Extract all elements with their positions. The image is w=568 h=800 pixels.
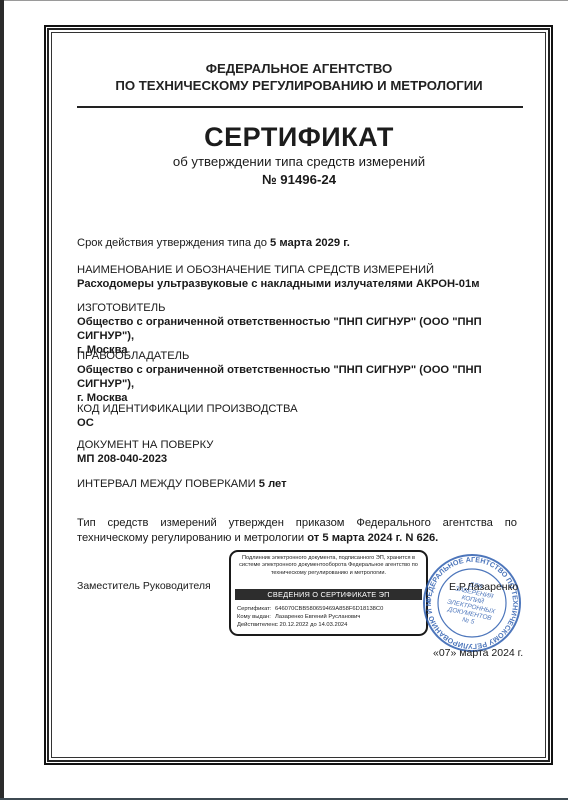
signer-name: Е.Р.Лазаренко [449,580,518,594]
agency-name-line2: ПО ТЕХНИЧЕСКОМУ РЕГУЛИРОВАНИЮ И МЕТРОЛОГ… [60,77,538,95]
certificate-subtitle: об утверждении типа средств измерений [60,153,538,170]
section-label: ДОКУМЕНТ НА ПОВЕРКУ [77,438,527,452]
order-text: Тип средств измерений утвержден приказом… [77,517,517,544]
section-value: Общество с ограниченной ответственностью… [77,363,527,391]
validity-line: Срок действия утверждения типа до 5 март… [77,236,527,250]
esig-row-certificate: Сертификат:646070CBB580659469A858F6D1813… [237,606,383,613]
section-label: КОД ИДЕНТИФИКАЦИИ ПРОИЗВОДСТВА [77,402,527,416]
page-top-edge [0,0,568,1]
signature-date: «07» марта 2024 г. [433,646,523,660]
approval-order-text: Тип средств измерений утвержден приказом… [77,516,517,546]
validity-label: Срок действия утверждения типа до [77,237,270,249]
section-label: ИЗГОТОВИТЕЛЬ [77,301,527,315]
section-rights-holder: ПРАВООБЛАДАТЕЛЬ Общество с ограниченной … [77,349,527,405]
section-instrument-type: НАИМЕНОВАНИЕ И ОБОЗНАЧЕНИЕ ТИПА СРЕДСТВ … [77,263,527,291]
verification-interval: ИНТЕРВАЛ МЕЖДУ ПОВЕРКАМИ 5 лет [77,477,527,491]
section-label: НАИМЕНОВАНИЕ И ОБОЗНАЧЕНИЕ ТИПА СРЕДСТВ … [77,263,527,277]
electronic-signature-block: Подлинник электронного документа, подпис… [229,550,428,636]
order-reference: от 5 марта 2024 г. N 626. [307,532,438,544]
certificate-title: СЕРТИФИКАТ [60,121,538,153]
viewer-left-edge [0,0,4,800]
validity-date: 5 марта 2029 г. [270,237,350,249]
header-divider [77,106,523,108]
certificate-number: № 91496-24 [60,171,538,188]
section-verification-document: ДОКУМЕНТ НА ПОВЕРКУ МП 208-040-2023 [77,438,527,466]
official-stamp-icon: ФЕДЕРАЛЬНОЕ АГЕНТСТВО ПО ТЕХНИЧЕСКОМУ РЕ… [422,548,522,658]
section-label: ПРАВООБЛАДАТЕЛЬ [77,349,527,363]
esig-note: Подлинник электронного документа, подпис… [235,555,422,577]
interval-value: 5 лет [259,478,287,490]
section-value: Расходомеры ультразвуковые с накладными … [77,277,527,291]
section-value: МП 208-040-2023 [77,452,527,466]
interval-label: ИНТЕРВАЛ МЕЖДУ ПОВЕРКАМИ [77,478,259,490]
section-value: Общество с ограниченной ответственностью… [77,315,527,343]
agency-name-line1: ФЕДЕРАЛЬНОЕ АГЕНТСТВО [60,60,538,78]
esig-title-bar: СВЕДЕНИЯ О СЕРТИФИКАТЕ ЭП [235,589,422,600]
esig-row-issued-to: Кому выдан:Лазаренко Евгений Русланович [237,614,360,621]
section-production-code: КОД ИДЕНТИФИКАЦИИ ПРОИЗВОДСТВА ОС [77,402,527,430]
section-value: ОС [77,416,527,430]
esig-row-valid: Действителен:с 20.12.2022 до 14.03.2024 [237,622,347,629]
signatory-position: Заместитель Руководителя [77,579,211,593]
svg-text:№ 5: № 5 [461,616,475,625]
